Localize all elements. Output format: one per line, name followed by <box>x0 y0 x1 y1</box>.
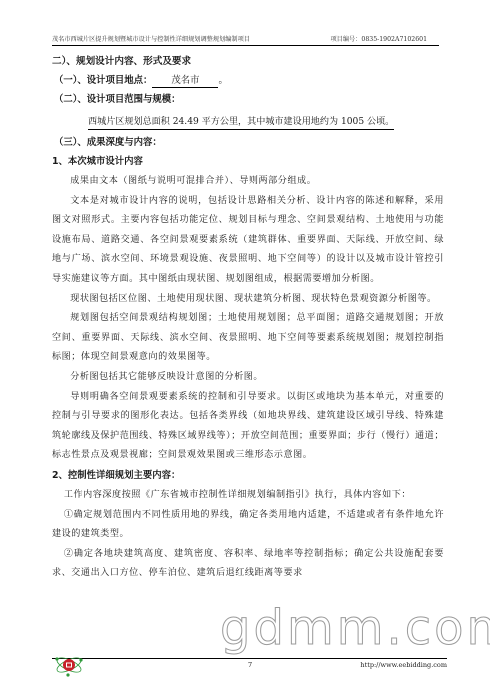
paragraph: 工作内容深度按照《广东省城市控制性详细规划编制指引》执行，具体内容如下： <box>52 486 444 506</box>
paragraph: 文本是对城市设计内容的说明，包括设计思路相关分析、设计内容的陈述和解释，采用图文… <box>52 192 444 290</box>
scope-value: 西城片区规划总面积 24.49 平方公里，其中城市建设用地约为 1005 公顷。 <box>88 115 394 130</box>
subsection-deliverables: （三）、成果深度与内容： <box>54 133 444 152</box>
item-urban-design-title: 1、本次城市设计内容 <box>52 152 444 172</box>
paragraph: 导则明确各空间景观要素系统的控制和引导要求。以街区或地块为基本单元，对重要的控制… <box>52 388 444 466</box>
location-label: （一）、设计项目地点： <box>54 75 152 86</box>
page-number: 7 <box>248 661 252 669</box>
paragraph: 分析图包括其它能够反映设计意图的分析图。 <box>52 368 444 388</box>
subsection-location: （一）、设计项目地点：茂名市。 <box>54 71 444 90</box>
paragraph: ②确定各地块建筑高度、建筑密度、容积率、绿地率等控制指标；确定公共设施配套要求、… <box>52 545 444 584</box>
document-body: 二）、规划设计内容、形式及要求 （一）、设计项目地点：茂名市。 （二）、设计项目… <box>52 52 444 584</box>
footer-url[interactable]: http://www.eebidding.com <box>360 661 447 669</box>
header-project-title: 茂名市西城片区提升规划暨城市设计与控制性详细规划调整规划编制项目 <box>52 34 250 43</box>
watermark: gdmm.com <box>220 604 490 652</box>
paragraph: ①确定规划范围内不同性质用地的界线，确定各类用地内适建，不适建或者有条件地允许建… <box>52 506 444 545</box>
paragraph: 现状图包括区位图、土地使用现状图、现状建筑分析图、现状特色景观资源分析图等。 <box>52 290 444 310</box>
header-project-number: 项目编号：0835-1902A7102601 <box>330 34 439 43</box>
item-regulatory-plan-title: 2、控制性详细规划主要内容： <box>52 466 444 486</box>
tender-logo-icon <box>54 653 84 677</box>
paragraph: 规划图包括空间景观结构规划图；土地使用规划图；总平面图；道路交通规划图；开放空间… <box>52 309 444 368</box>
paragraph: 成果由文本（图纸与说明可混排合并）、导则两部分组成。 <box>52 172 444 192</box>
subsection-scope: （二）、设计项目范围与规模： <box>54 90 444 109</box>
page-footer: 7 http://www.eebidding.com <box>52 658 447 681</box>
page-header: 茂名市西城片区提升规划暨城市设计与控制性详细规划调整规划编制项目 项目编号：08… <box>52 30 439 46</box>
location-value: 茂名市 <box>152 75 218 88</box>
location-suffix: 。 <box>218 75 227 86</box>
section-title: 二）、规划设计内容、形式及要求 <box>52 52 444 71</box>
